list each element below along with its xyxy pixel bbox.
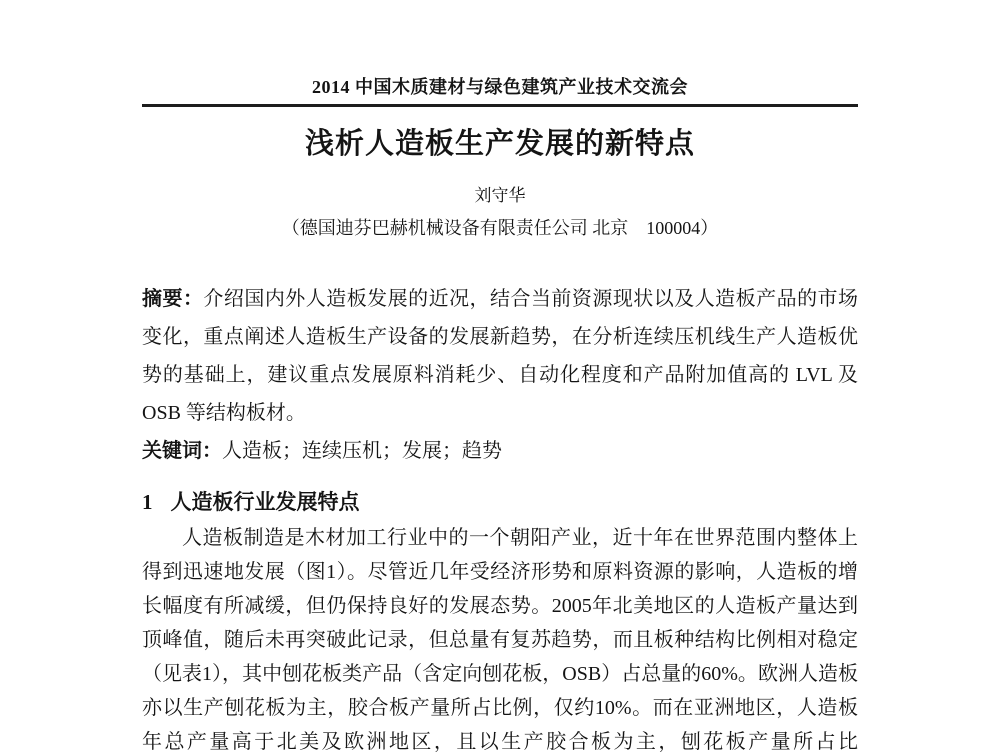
abstract-paragraph: 摘要：介绍国内外人造板发展的近况，结合当前资源现状以及人造板产品的市场变化，重点… — [142, 280, 858, 432]
author-affiliation: （德国迪芬巴赫机械设备有限责任公司 北京 100004） — [142, 216, 858, 240]
page-content: 2014 中国木质建材与绿色建筑产业技术交流会 浅析人造板生产发展的新特点 刘守… — [142, 0, 858, 752]
author-name: 刘守华 — [142, 185, 858, 207]
conference-header: 2014 中国木质建材与绿色建筑产业技术交流会 — [142, 76, 858, 98]
keywords-line: 关键词：人造板；连续压机；发展；趋势 — [142, 432, 858, 470]
keywords-label: 关键词： — [142, 440, 222, 462]
body-paragraph: 人造板制造是木材加工行业中的一个朝阳产业，近十年在世界范围内整体上得到迅速地发展… — [142, 521, 858, 752]
paper-title: 浅析人造板生产发展的新特点 — [142, 126, 858, 162]
abstract-label: 摘要： — [142, 288, 203, 310]
section-title: 人造板行业发展特点 — [171, 490, 360, 514]
document-page: 2014 中国木质建材与绿色建筑产业技术交流会 浅析人造板生产发展的新特点 刘守… — [0, 0, 1000, 752]
header-rule — [142, 104, 858, 107]
section-number: 1 — [142, 488, 153, 516]
abstract-text: 介绍国内外人造板发展的近况，结合当前资源现状以及人造板产品的市场变化，重点阐述人… — [142, 288, 858, 424]
keywords-text: 人造板；连续压机；发展；趋势 — [222, 440, 502, 462]
section-heading: 1人造板行业发展特点 — [142, 488, 858, 516]
